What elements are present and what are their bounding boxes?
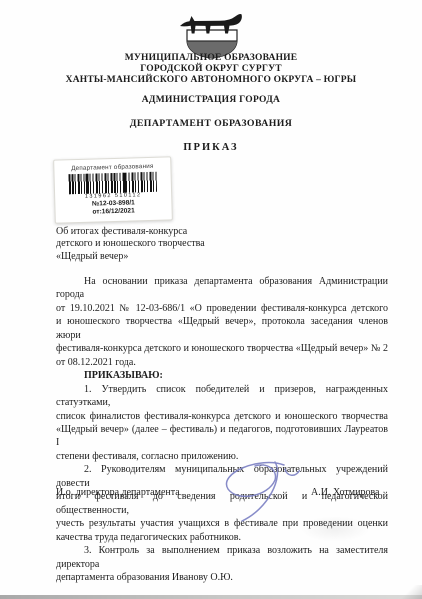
resolve-word: ПРИКАЗЫВАЮ: [56,369,388,382]
handwritten-signature [206,457,306,529]
paragraph-basis: На основании приказа департамента образо… [56,275,388,369]
signer-name: А.И. Хотмирова [311,487,379,498]
signer-position: И.о. директора департамента [56,487,180,498]
department-line: ДЕПАРТАМЕНТ ОБРАЗОВАНИЯ [20,118,402,129]
order-item-1: 1. Утвердить список победителей и призер… [56,383,388,464]
administration-line: АДМИНИСТРАЦИЯ ГОРОДА [20,95,402,105]
scan-bottom-edge [0,595,422,599]
order-item-3: 3. Контроль за выполнением приказа возло… [56,544,388,584]
document-type-title: ПРИКАЗ [20,142,402,153]
scan-corner-shadow [382,585,422,599]
document-page: МУНИЦИПАЛЬНОЕ ОБРАЗОВАНИЕГОРОДСКОЙ ОКРУГ… [0,0,422,599]
registration-sticker: Департамент образования 131962 510112 №1… [53,156,173,223]
barcode [69,172,158,194]
scan-smudge [300,516,370,542]
document-subject: Об итогах фестиваля-конкурсадетского и ю… [56,226,296,263]
organization-name: МУНИЦИПАЛЬНОЕ ОБРАЗОВАНИЕГОРОДСКОЙ ОКРУГ… [20,53,402,87]
